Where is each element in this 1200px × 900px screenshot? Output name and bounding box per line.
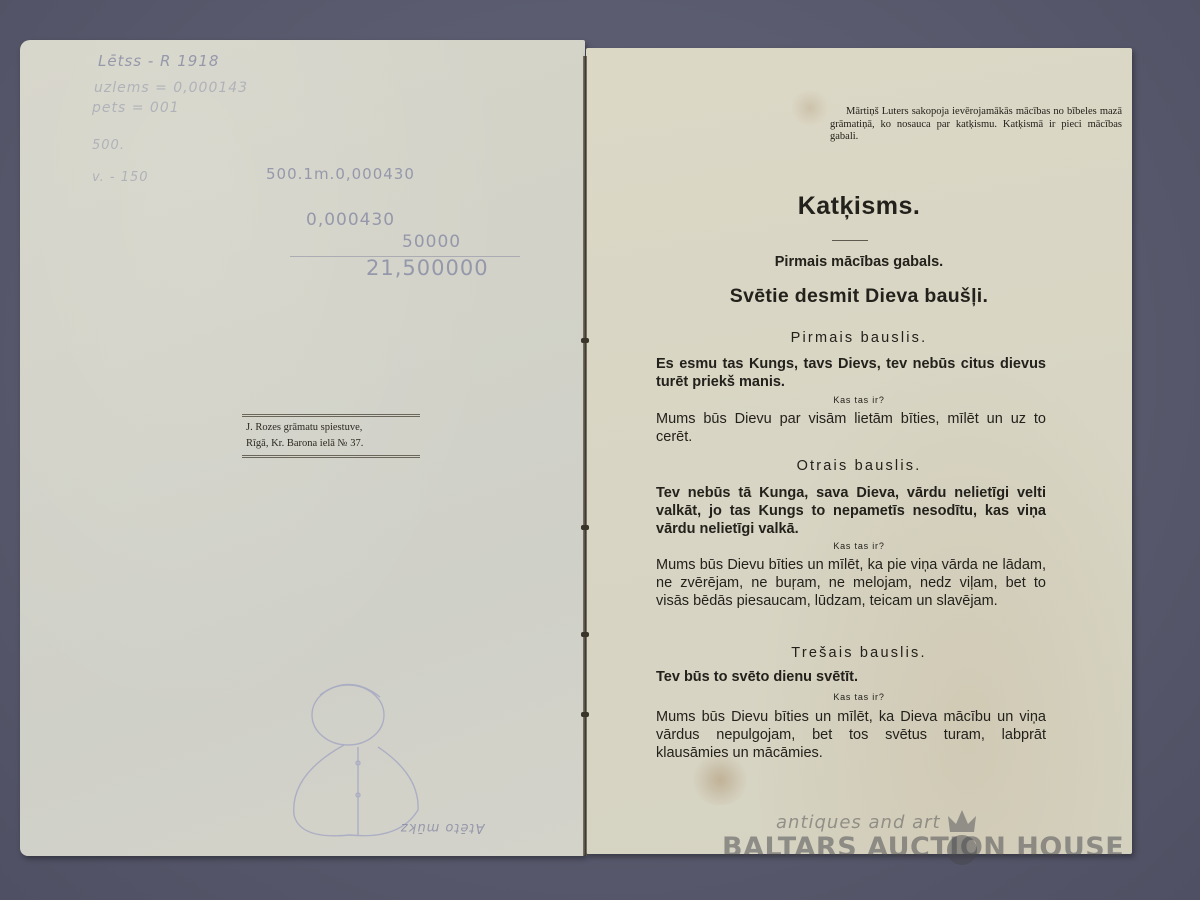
commandment-question: Kas tas ir? (586, 541, 1132, 551)
section-heading: Svētie desmit Dieva baušļi. (586, 285, 1132, 308)
paper-stain (790, 90, 830, 126)
book-gutter (583, 56, 587, 856)
page-title: Katķisms. (586, 192, 1132, 221)
paper-stain (690, 755, 750, 805)
pencil-note: v. - 150 (92, 170, 149, 185)
binding-stitch (581, 632, 589, 637)
pencil-note: 50000 (402, 232, 461, 252)
printer-imprint: J. Rozes grāmatu spiestuve, Rīgā, Kr. Ba… (242, 414, 420, 458)
commandment-text: Tev būs to svēto dienu svētīt. (656, 668, 1046, 686)
pencil-note: 500. (92, 138, 125, 153)
commandment-title: Pirmais bauslis. (586, 330, 1132, 346)
pencil-note: Atēto mūkz (400, 820, 484, 835)
pencil-note: uzlems = 0,000143 (94, 80, 248, 96)
commandment-title: Otrais bauslis. (586, 458, 1132, 474)
intro-paragraph: Mārtiņš Luters sakopoja ievērojamākās mā… (830, 106, 1122, 144)
commandment-question: Kas tas ir? (586, 395, 1132, 405)
printer-line-2: Rīgā, Kr. Barona ielā № 37. (246, 436, 418, 452)
binding-stitch (581, 712, 589, 717)
commandment-answer: Mums būs Dievu bīties un mīlēt, ka Dieva… (656, 708, 1046, 762)
commandment-answer: Mums būs Dievu bīties un mīlēt, ka pie v… (656, 556, 1046, 610)
section-subtitle: Pirmais mācības gabals. (586, 254, 1132, 270)
commandment-question: Kas tas ir? (586, 692, 1132, 702)
pencil-note: 0,000430 (306, 210, 395, 230)
title-divider (832, 240, 868, 241)
commandment-text: Tev nebūs tā Kunga, sava Dieva, vārdu ne… (656, 484, 1046, 538)
pencil-note: 21,500000 (366, 256, 489, 280)
pencil-note: 500.1m.0,000430 (266, 165, 415, 183)
commandment-title: Trešais bauslis. (586, 645, 1132, 661)
printer-line-1: J. Rozes grāmatu spiestuve, (246, 420, 418, 436)
pencil-note: pets = 001 (92, 100, 180, 116)
binding-stitch (581, 525, 589, 530)
pencil-note: Lētss - R 1918 (98, 52, 219, 70)
commandment-answer: Mums būs Dievu par visām lietām bīties, … (656, 410, 1046, 446)
commandment-text: Es esmu tas Kungs, tavs Dievs, tev nebūs… (656, 355, 1046, 391)
